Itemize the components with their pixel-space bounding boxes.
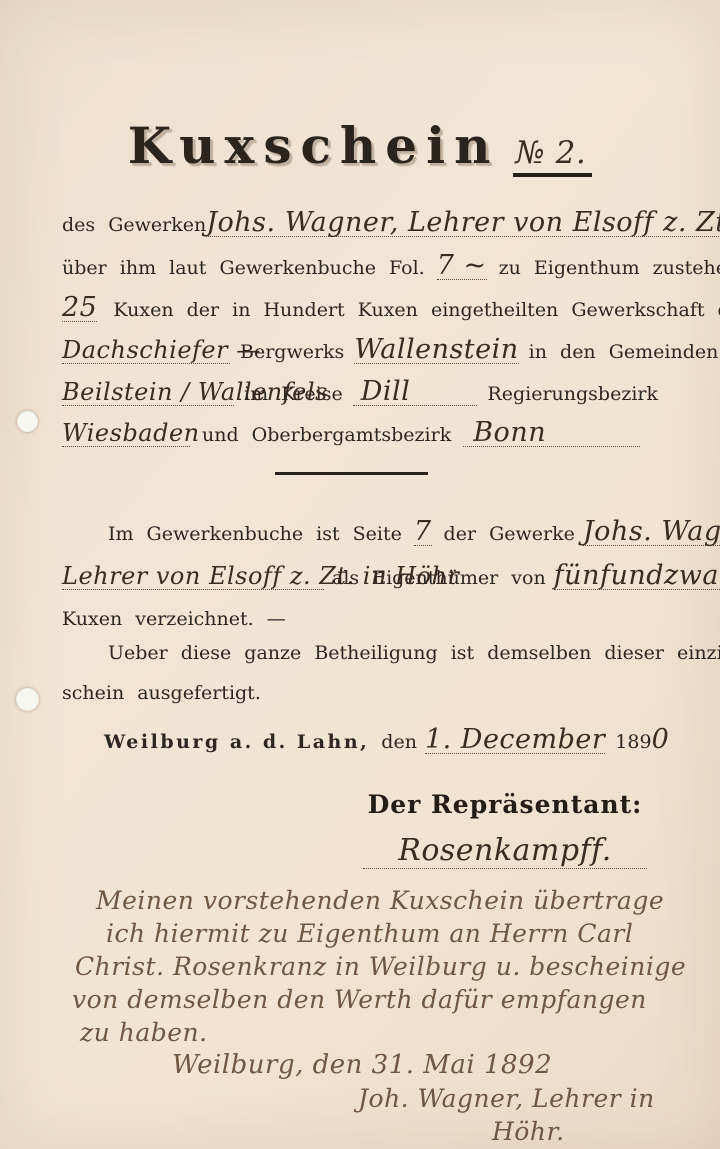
transfer-signature-line-1: Joh. Wagner, Lehrer in: [0, 1082, 700, 1115]
field-communities: Beilstein / Wallenfels: [62, 383, 234, 406]
transfer-note-dateline: Weilburg, den 31. Mai 1892: [0, 1049, 700, 1082]
label-zu-eigenthum: zu Eigenthum zustehenden: [499, 257, 720, 279]
field-kux-count: 25: [62, 299, 97, 322]
date-line: Weilburg a. d. Lahn, den 1. December 189…: [104, 731, 640, 754]
transfer-note-line: von demselben den Werth dafür empfangen: [0, 983, 700, 1016]
field-mine-name: Wallenstein: [354, 341, 518, 364]
title-row: Kuxschein№ 2.: [0, 116, 720, 175]
form-line-owner: des Gewerken Johs. Wagner, Lehrer von El…: [62, 214, 658, 237]
date-handwriting: 1. December: [425, 724, 605, 755]
representative-signature: Rosenkampff.: [398, 833, 612, 868]
transfer-signature-line-2: Höhr.: [0, 1115, 700, 1148]
label-im-kreise: im Kreise: [244, 383, 343, 405]
representative-heading: Der Repräsentant:: [360, 790, 650, 819]
label-in-den-gemeinden: in den Gemeinden: [529, 341, 719, 363]
transfer-note-line: zu haben.: [0, 1016, 700, 1049]
issuance-text-2: schein ausgefertigt.: [62, 682, 261, 704]
kuxschein-certificate: Kuxschein№ 2. des Gewerken Johs. Wagner,…: [0, 0, 720, 1149]
oberbergamtsbezirk-handwriting: Bonn: [473, 417, 546, 448]
folio-handwriting: 7 ~: [437, 250, 487, 281]
field-date: 1. December: [425, 731, 605, 754]
field-page-number: 7: [414, 523, 432, 546]
transfer-note-line: ich hiermit zu Eigenthum an Herrn Carl: [0, 917, 700, 950]
transfer-note: Meinen vorstehenden Kuxschein übertrage …: [0, 884, 700, 1148]
regierungsbezirk-handwriting: Wiesbaden: [62, 419, 200, 447]
form-line-folio: über ihm laut Gewerkenbuche Fol. 7 ~ zu …: [62, 257, 658, 280]
field-kux-amount-words: fünfundzwanzig: [554, 567, 720, 590]
gewerke-name-handwriting: Johs. Wagner,: [583, 516, 720, 547]
mine-name-handwriting: Wallenstein: [354, 334, 518, 365]
form-line-district: Beilstein / Wallenfels im Kreise Dill Re…: [62, 383, 658, 406]
label-oberbergamtsbezirk: und Oberbergamtsbezirk: [202, 424, 451, 446]
field-oberbergamtsbezirk: Bonn: [463, 424, 640, 447]
transfer-note-line: Meinen vorstehenden Kuxschein übertrage: [0, 884, 700, 917]
owner-name-handwriting: Johs. Wagner, Lehrer von Elsoff z. Zt. i…: [206, 207, 720, 238]
field-kreis: Dill: [353, 383, 478, 406]
label-gewerkenbuch-fol: über ihm laut Gewerkenbuche Fol.: [62, 257, 425, 279]
page-number-handwriting: 7: [414, 516, 432, 547]
registry-line-2: Lehrer von Elsoff z. Zt. in Höhr als Eig…: [62, 567, 658, 590]
field-gewerke-detail: Lehrer von Elsoff z. Zt. in Höhr: [62, 567, 324, 590]
registry-line-1: Im Gewerkenbuche ist Seite 7 der Gewerke…: [62, 523, 704, 546]
kux-amount-words-handwriting: fünfundzwanzig: [554, 560, 720, 591]
punch-hole-top: [17, 411, 38, 432]
label-kuxen-gewerkschaft: Kuxen der in Hundert Kuxen eingetheilten…: [113, 299, 720, 321]
punch-hole-bottom: [16, 688, 39, 711]
form-line-mine: Dachschiefer — Bergwerks Wallenstein in …: [62, 341, 658, 364]
label-als-eigenthuemer: als Eigenthümer von: [332, 567, 546, 589]
registry-line-3: Kuxen verzeichnet. —: [62, 608, 658, 630]
field-gewerke-name: Johs. Wagner,: [583, 523, 720, 546]
label-der-gewerke: der Gewerke: [444, 523, 575, 545]
label-des-gewerken: des Gewerken: [62, 214, 206, 236]
kux-count-handwriting: 25: [62, 292, 97, 323]
transfer-note-line: Christ. Rosenkranz in Weilburg u. besche…: [0, 950, 700, 983]
field-mine-type: Dachschiefer —: [62, 341, 230, 364]
certificate-number: № 2.: [513, 135, 592, 177]
form-line-bezirk: Wiesbaden und Oberbergamtsbezirk Bonn: [62, 424, 658, 447]
issuance-line-1: Ueber diese ganze Betheiligung ist demse…: [62, 642, 704, 664]
kreis-handwriting: Dill: [361, 376, 411, 407]
label-regierungsbezirk: Regierungsbezirk: [487, 383, 658, 405]
label-bergwerks: Bergwerks: [240, 341, 344, 363]
field-regierungsbezirk: Wiesbaden: [62, 424, 190, 447]
label-kuxen-verzeichnet: Kuxen verzeichnet. —: [62, 608, 286, 630]
form-line-kuxen-count: 25 Kuxen der in Hundert Kuxen eingetheil…: [62, 299, 658, 322]
document-title: Kuxschein: [128, 116, 500, 175]
label-den: den: [381, 731, 417, 753]
representative-signature-line: Rosenkampff.: [363, 833, 647, 869]
issuance-line-2: schein ausgefertigt.: [62, 682, 658, 704]
label-year-prefix: 189: [615, 731, 651, 753]
label-gewerkenbuch-seite: Im Gewerkenbuche ist Seite: [108, 523, 402, 545]
section-divider: [275, 472, 428, 475]
issuance-text-1: Ueber diese ganze Betheiligung ist demse…: [108, 642, 720, 664]
mine-type-handwriting: Dachschiefer —: [62, 336, 261, 364]
field-folio: 7 ~: [437, 257, 487, 280]
label-place: Weilburg a. d. Lahn,: [104, 731, 369, 753]
field-owner-name: Johs. Wagner, Lehrer von Elsoff z. Zt. i…: [206, 214, 720, 237]
